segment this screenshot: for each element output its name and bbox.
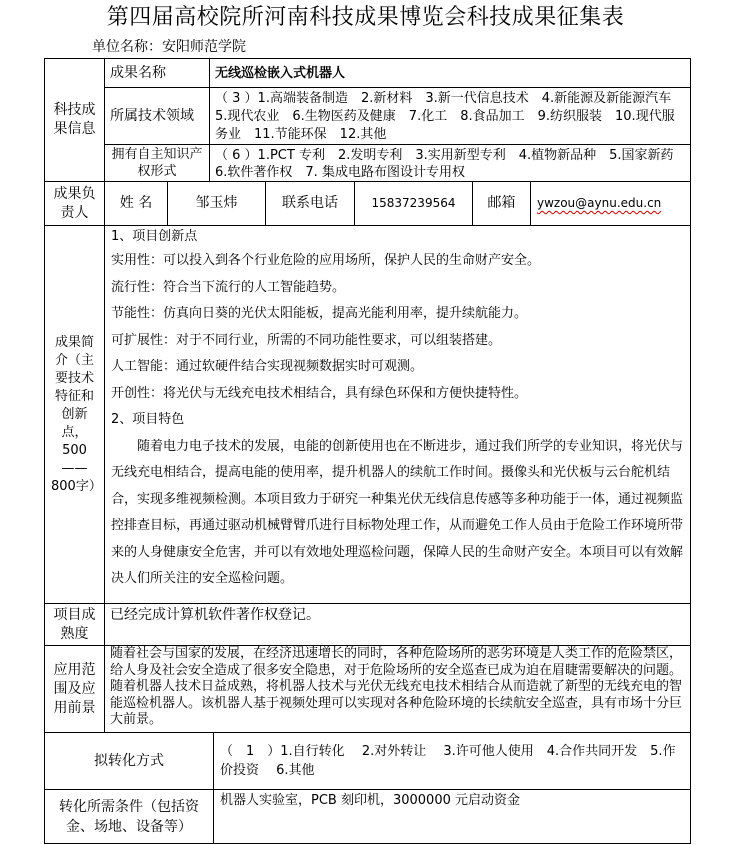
maturity-value[interactable]: 已经完成计算机软件著作权登记。 bbox=[104, 603, 691, 646]
transfer-options: 1.自行转化 2.对外转让 3.许可他人使用 4.合作共同开发 5.作价投资 6… bbox=[220, 744, 676, 778]
maturity-label: 项目成熟度 bbox=[44, 603, 105, 646]
tech-field-selected: （ 3 ） bbox=[215, 91, 258, 106]
conditions-value[interactable]: 机器人实验室，PCB 刻印机，3000000 元启动资金 bbox=[213, 789, 691, 844]
contact-phone-label: 联系电话 bbox=[265, 181, 355, 226]
application-value[interactable]: 随着社会与国家的发展，在经济迅速增长的同时，各种危险场所的恶劣环境是人类工作的危… bbox=[104, 645, 691, 733]
ip-form-selected: （ 6 ） bbox=[215, 148, 258, 163]
tech-info-section-label: 科技成果信息 bbox=[44, 58, 105, 182]
transfer-value[interactable]: （ 1 ）1.自行转化 2.对外转让 3.许可他人使用 4.合作共同开发 5.作… bbox=[213, 732, 691, 790]
document-title: 第四届高校院所河南科技成果博览会科技成果征集表 bbox=[0, 4, 731, 32]
application-label: 应用范围及应用前景 bbox=[44, 645, 105, 733]
intro-content[interactable]: 1、项目创新点 实用性：可以投入到各个行业危险的应用场所，保护人民的生命财产安全… bbox=[104, 225, 691, 604]
intro-point-energy: 节能性：仿真向日葵的光伏太阳能板，提高光能利用率，提升续航能力。 bbox=[111, 301, 685, 328]
intro-heading-features: 2、项目特色 bbox=[111, 407, 685, 434]
intro-heading-innovation: 1、项目创新点 bbox=[111, 226, 685, 248]
tech-field-options: 1.高端装备制造 2.新材料 3.新一代信息技术 4.新能源及新能源汽车 5.现… bbox=[215, 91, 684, 142]
result-name-value[interactable]: 无线巡检嵌入式机器人 bbox=[209, 58, 691, 88]
tech-field-value[interactable]: （ 3 ）1.高端装备制造 2.新材料 3.新一代信息技术 4.新能源及新能源汽… bbox=[209, 87, 691, 145]
transfer-label: 拟转化方式 bbox=[44, 732, 214, 790]
result-name-label: 成果名称 bbox=[104, 58, 210, 88]
tech-field-label: 所属技术领域 bbox=[104, 87, 210, 145]
ip-form-options: 1.PCT 专利 2.发明专利 3.实用新型专利 4.植物新品种 5.国家新药 … bbox=[215, 148, 687, 180]
intro-point-practicality: 实用性：可以投入到各个行业危险的应用场所，保护人民的生命财产安全。 bbox=[111, 248, 685, 275]
contact-name-label: 姓 名 bbox=[104, 181, 168, 226]
contact-section-label: 成果负责人 bbox=[44, 181, 105, 226]
unit-value: 安阳师范学院 bbox=[162, 39, 246, 55]
ip-form-label: 拥有自主知识产权形式 bbox=[104, 144, 210, 182]
transfer-selected: （ 1 ） bbox=[220, 744, 280, 759]
email-text: ywzou@aynu.edu.cn bbox=[537, 195, 661, 212]
intro-point-popularity: 流行性：符合当下流行的人工智能趋势。 bbox=[111, 275, 685, 302]
intro-point-ai: 人工智能：通过软硬件结合实现视频数据实时可观测。 bbox=[111, 354, 685, 381]
intro-feature-text: 随着电力电子技术的发展，电能的创新使用也在不断进步，通过我们所学的专业知识，将光… bbox=[111, 434, 685, 593]
unit-label: 单位名称： bbox=[92, 39, 162, 55]
conditions-label: 转化所需条件（包括资金、场地、设备等） bbox=[44, 789, 214, 844]
intro-section-label: 成果简介（主要技术特征和创新点，500——800字） bbox=[44, 225, 105, 604]
contact-email-value[interactable]: ywzou@aynu.edu.cn bbox=[530, 181, 691, 226]
contact-phone-value[interactable]: 15837239564 bbox=[354, 181, 473, 226]
ip-form-value[interactable]: （ 6 ）1.PCT 专利 2.发明专利 3.实用新型专利 4.植物新品种 5.… bbox=[209, 144, 691, 182]
unit-name: 单位名称：安阳师范学院 bbox=[92, 37, 246, 57]
intro-point-scalability: 可扩展性：对于不同行业，所需的不同功能性要求，可以组装搭建。 bbox=[111, 328, 685, 355]
contact-name-value[interactable]: 邹玉炜 bbox=[167, 181, 266, 226]
contact-email-label: 邮箱 bbox=[472, 181, 531, 226]
intro-point-pioneering: 开创性：将光伏与无线充电技术相结合，具有绿色环保和方便快捷特性。 bbox=[111, 381, 685, 408]
